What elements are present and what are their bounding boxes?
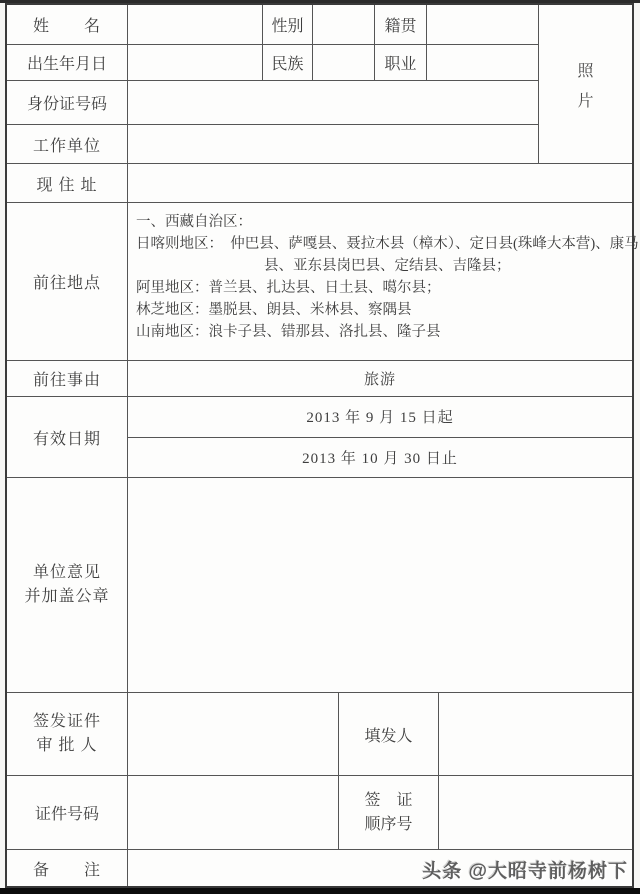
filler-label: 填发人 <box>339 693 439 775</box>
name-label: 姓 名 <box>7 5 128 44</box>
id-number-row: 身份证号码 <box>7 81 538 125</box>
personal-info-section: 姓 名 性别 籍贯 出生年月日 民族 职业 身份证号码 工作单位 <box>7 5 632 164</box>
native-place-value-cell <box>427 5 538 44</box>
birth-date-value-cell <box>128 45 263 80</box>
filler-value-cell <box>439 693 632 775</box>
doc-number-visa-row: 证件号码 签 证 顺序号 <box>7 776 632 850</box>
occupation-label: 职业 <box>375 45 427 80</box>
work-unit-row: 工作单位 <box>7 125 538 163</box>
issuer-approver-label: 签发证件 审 批 人 <box>7 693 128 775</box>
visa-serial-value-cell <box>439 776 632 849</box>
destination-line: 山南地区：浪卡子县、错那县、洛扎县、隆子县 <box>136 321 639 343</box>
id-number-label: 身份证号码 <box>7 81 128 124</box>
remarks-label: 备 注 <box>7 850 128 886</box>
issuer-approver-value-cell <box>128 693 339 775</box>
validity-from-value: 2013 年 9 月 15 日起 <box>128 397 632 438</box>
visa-serial-label: 签 证 顺序号 <box>339 776 439 849</box>
destination-content: 一、西藏自治区： 日喀则地区： 仲巴县、萨嘎县、聂拉木县（樟木）、定日县(珠峰大… <box>128 203 640 360</box>
ethnicity-label: 民族 <box>263 45 313 80</box>
photo-placeholder-cell: 照 片 <box>538 5 632 163</box>
ethnicity-value-cell <box>313 45 375 80</box>
unit-opinion-row: 单位意见 并加盖公章 <box>7 478 632 693</box>
travel-permit-form-table: 姓 名 性别 籍贯 出生年月日 民族 职业 身份证号码 工作单位 <box>5 3 634 888</box>
validity-row: 有效日期 2013 年 9 月 15 日起 2013 年 10 月 30 日止 <box>7 397 632 478</box>
native-place-label: 籍贯 <box>375 5 427 44</box>
destination-line: 县、亚东县岗巴县、定结县、吉隆县； <box>136 255 639 277</box>
page-bottom-edge <box>0 888 640 894</box>
gender-value-cell <box>313 5 375 44</box>
current-address-label: 现 住 址 <box>7 164 128 202</box>
occupation-value-cell <box>427 45 538 80</box>
destination-line: 林芝地区：墨脱县、朗县、米林县、察隅县 <box>136 299 639 321</box>
travel-reason-row: 前往事由 旅游 <box>7 361 632 397</box>
issuer-filler-row: 签发证件 审 批 人 填发人 <box>7 693 632 776</box>
document-number-value-cell <box>128 776 339 849</box>
photo-label-char2: 片 <box>577 88 593 111</box>
birth-row: 出生年月日 民族 职业 <box>7 45 538 81</box>
unit-opinion-value-cell <box>128 478 632 692</box>
id-number-value-cell <box>128 81 538 124</box>
travel-reason-value: 旅游 <box>128 361 632 396</box>
destination-line: 阿里地区：普兰县、扎达县、日土县、噶尔县； <box>136 277 639 299</box>
current-address-value-cell <box>128 164 632 202</box>
work-unit-label: 工作单位 <box>7 125 128 163</box>
work-unit-value-cell <box>128 125 538 163</box>
unit-opinion-label: 单位意见 并加盖公章 <box>7 478 128 692</box>
destination-label: 前往地点 <box>7 203 128 360</box>
travel-reason-label: 前往事由 <box>7 361 128 396</box>
document-number-label: 证件号码 <box>7 776 128 849</box>
gender-label: 性别 <box>263 5 313 44</box>
current-address-row: 现 住 址 <box>7 164 632 203</box>
name-row: 姓 名 性别 籍贯 <box>7 5 538 45</box>
validity-to-value: 2013 年 10 月 30 日止 <box>128 438 632 478</box>
toutiao-watermark: 头条 @大昭寺前杨树下 <box>422 856 628 883</box>
validity-label: 有效日期 <box>7 397 128 477</box>
birth-date-label: 出生年月日 <box>7 45 128 80</box>
photo-label-char1: 照 <box>577 58 593 81</box>
destination-row: 前往地点 一、西藏自治区： 日喀则地区： 仲巴县、萨嘎县、聂拉木县（樟木）、定日… <box>7 203 632 361</box>
name-value-cell <box>128 5 263 44</box>
destination-line: 日喀则地区： 仲巴县、萨嘎县、聂拉木县（樟木）、定日县(珠峰大本营)、康马 <box>136 233 639 255</box>
destination-line: 一、西藏自治区： <box>136 211 639 233</box>
